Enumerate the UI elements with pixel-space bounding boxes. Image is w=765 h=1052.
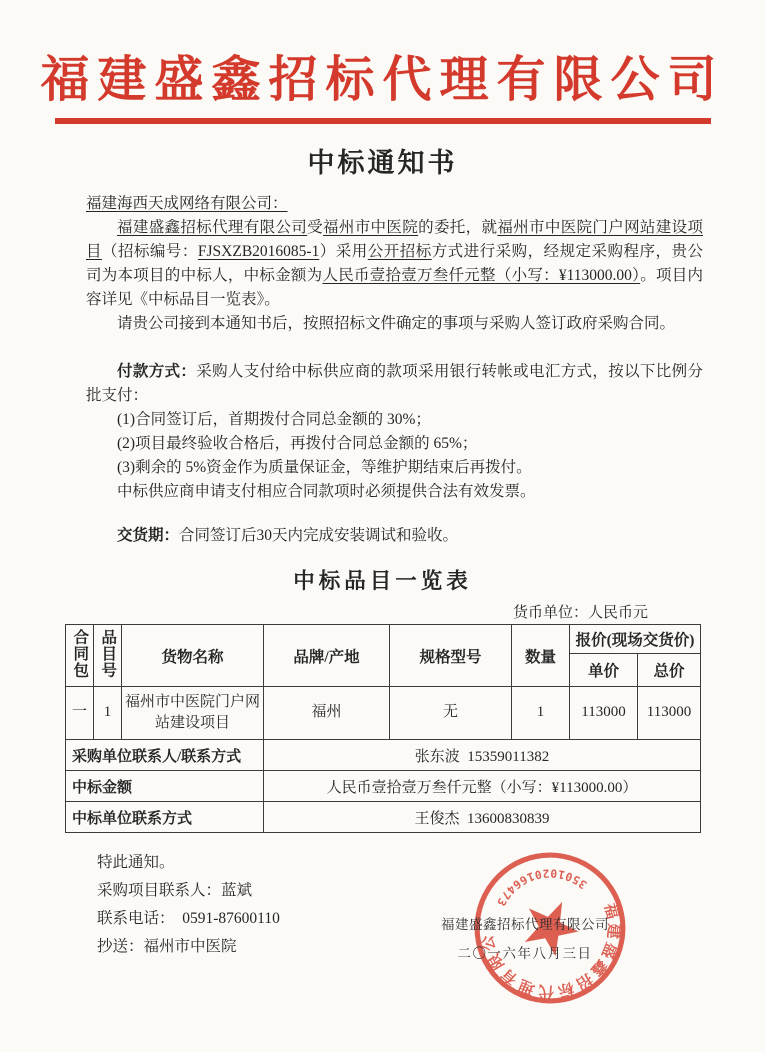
footer-block: 特此通知。 采购项目联系人：蓝斌 联系电话： 0591-87600110 抄送：… [97, 849, 765, 961]
tender-number: FJSXZB2016085-1 [198, 243, 319, 260]
header-total-price: 总价 [638, 654, 701, 687]
procurement-method: 公开招标 [368, 243, 432, 260]
header-goods-name: 货物名称 [122, 625, 264, 687]
header-spec-model: 规格型号 [390, 625, 512, 687]
label-winner-contact: 中标单位联系方式 [66, 802, 264, 833]
addressee-line: 福建海西天成网络有限公司： [86, 192, 703, 216]
award-amount: 人民币壹拾壹万叁仟元整（小写：¥113000.00） [322, 267, 640, 284]
header-contract-package: 合同包 [66, 625, 94, 687]
label-award-amount: 中标金额 [66, 771, 264, 802]
signature-company: 福建盛鑫招标代理有限公司 [441, 913, 609, 933]
agency-name: 福建盛鑫招标代理有限公司 [117, 219, 307, 236]
cell-total-price: 113000 [638, 687, 701, 740]
cc-line: 抄送：福州市中医院 [97, 933, 765, 961]
purchaser-name: 福州市中医院 [323, 219, 418, 236]
letterhead-divider [55, 118, 711, 124]
header-unit-price: 单价 [570, 654, 638, 687]
value-award-amount: 人民币壹拾壹万叁仟元整（小写：¥113000.00） [264, 771, 701, 802]
table-row: 一 1 福州市中医院门户网站建设项目 福州 无 1 113000 113000 [66, 687, 701, 740]
document-title: 中标通知书 [0, 141, 765, 180]
award-items-table-title: 中标品目一览表 [0, 564, 765, 595]
header-quantity: 数量 [512, 625, 570, 687]
cell-quantity: 1 [512, 687, 570, 740]
addressee: 福建海西天成网络有限公司： [86, 195, 288, 212]
cell-unit-price: 113000 [570, 687, 638, 740]
table-row-winner-contact: 中标单位联系方式 王俊杰 13600830839 [66, 802, 701, 833]
project-contact-line: 采购项目联系人：蓝斌 [97, 877, 765, 905]
signature-date: 二〇一六年八月三日 [441, 942, 609, 962]
cell-goods-name: 福州市中医院门户网站建设项目 [122, 687, 264, 740]
delivery-line: 交货期：合同签订后30天内完成安装调试和验收。 [86, 524, 703, 548]
header-brand-origin: 品牌/产地 [264, 625, 390, 687]
currency-note: 货币单位：人民币元 [65, 601, 700, 622]
header-quote-group: 报价(现场交货价) [570, 625, 701, 654]
signature-block: 福建盛鑫招标代理有限公司 二〇一六年八月三日 [441, 913, 609, 962]
letterhead-company-name: 福建盛鑫招标代理有限公司 [0, 0, 765, 108]
notice-line: 特此通知。 [97, 849, 765, 877]
payment-invoice-note: 中标供应商申请支付相应合同款项时必须提供合法有效发票。 [86, 480, 703, 504]
payment-item-2: (2)项目最终验收合格后，再拨付合同总金额的 65%； [86, 432, 703, 456]
payment-intro: 付款方式：采购人支付给中标供应商的款项采用银行转帐或电汇方式，按以下比例分批支付… [86, 360, 703, 408]
value-purchaser-contact: 张东波 15359011382 [264, 740, 701, 771]
award-items-table: 合同包 品目号 货物名称 品牌/产地 规格型号 数量 报价(现场交货价) 单价 … [65, 624, 701, 833]
paragraph-contract: 请贵公司接到本通知书后，按照招标文件确定的事项与采购人签订政府采购合同。 [86, 312, 703, 336]
payment-item-3: (3)剩余的 5%资金作为质量保证金，等维护期结束后再拨付。 [86, 456, 703, 480]
phone-line: 联系电话： 0591-87600110 [97, 905, 765, 933]
scanned-document-page: 福建盛鑫招标代理有限公司 中标通知书 福建海西天成网络有限公司： 福建盛鑫招标代… [0, 0, 765, 1052]
svg-text:3501020166473: 3501020166473 [488, 858, 591, 911]
document-body: 福建海西天成网络有限公司： 福建盛鑫招标代理有限公司受福州市中医院的委托，就福州… [86, 192, 703, 548]
seal-number: 3501020166473 [488, 858, 591, 911]
table-row-award-amount: 中标金额 人民币壹拾壹万叁仟元整（小写：¥113000.00） [66, 771, 701, 802]
cell-contract-package: 一 [66, 687, 94, 740]
cell-spec-model: 无 [390, 687, 512, 740]
spacer [86, 336, 703, 360]
label-purchaser-contact: 采购单位联系人/联系方式 [66, 740, 264, 771]
paragraph-award: 福建盛鑫招标代理有限公司受福州市中医院的委托，就福州市中医院门户网站建设项目（招… [86, 216, 703, 312]
header-item-no: 品目号 [94, 625, 122, 687]
table-row-purchaser-contact: 采购单位联系人/联系方式 张东波 15359011382 [66, 740, 701, 771]
payment-label: 付款方式： [117, 363, 196, 380]
table-header-row-1: 合同包 品目号 货物名称 品牌/产地 规格型号 数量 报价(现场交货价) [66, 625, 701, 654]
value-winner-contact: 王俊杰 13600830839 [264, 802, 701, 833]
cell-brand-origin: 福州 [264, 687, 390, 740]
cell-item-no: 1 [94, 687, 122, 740]
spacer [86, 504, 703, 524]
payment-item-1: (1)合同签订后，首期拨付合同总金额的 30%； [86, 408, 703, 432]
delivery-label: 交货期： [117, 527, 179, 544]
